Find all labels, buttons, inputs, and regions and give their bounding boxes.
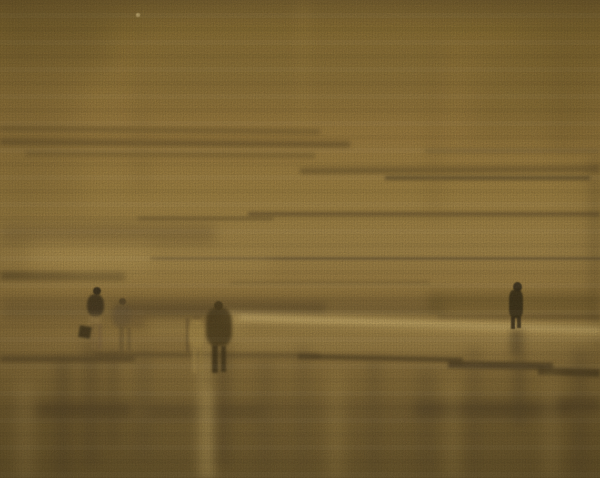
vstreak-dark-3 <box>138 348 150 458</box>
lone-figure-leg-2 <box>517 317 521 328</box>
vstreak-top-4 <box>553 0 569 150</box>
vstreak-dark-9 <box>418 368 434 478</box>
figure-b-leg-1 <box>119 326 124 353</box>
lone-figure-leg-1 <box>511 317 515 329</box>
vstreak-dark-6 <box>258 358 272 478</box>
pale-patch-left-2 <box>70 252 270 276</box>
vstreak-light-2 <box>204 390 214 478</box>
hline-right-1 <box>425 149 600 153</box>
lone-figure-reflection <box>510 330 521 354</box>
mottle-top-right <box>470 50 600 140</box>
hline-right-dark <box>385 176 590 180</box>
figure-a-bag <box>78 325 92 339</box>
hline-short <box>138 217 273 220</box>
figure-c-leg-1 <box>192 347 197 373</box>
vstreak-light-3 <box>16 378 34 478</box>
vstreak-dark-5 <box>56 358 70 478</box>
figure-c-head <box>193 312 201 320</box>
figure-d-leg-2 <box>221 346 226 372</box>
vstreak-dark-2 <box>108 348 118 448</box>
figure-c-body <box>189 320 204 348</box>
vstreak-top-3 <box>298 0 308 130</box>
figure-d-leg-1 <box>212 345 218 373</box>
figure-b-torso <box>112 305 132 327</box>
figure-b-leg-2 <box>127 327 131 352</box>
figure-a-leg-2 <box>98 324 102 349</box>
figure-b-head <box>119 298 126 305</box>
lone-figure-body <box>509 290 523 318</box>
hline-faint-281 <box>230 281 430 284</box>
figure-a-torso <box>87 294 104 317</box>
vstreak-dark-12 <box>573 348 587 478</box>
vstreak-top-1 <box>136 0 148 190</box>
left-band <box>0 224 215 244</box>
vstreak-light-5 <box>446 378 460 478</box>
hline-long-dashed <box>248 212 600 216</box>
bright-speck <box>136 13 140 17</box>
vstreak-dark-8 <box>368 358 380 478</box>
vstreak-light-4 <box>328 368 344 478</box>
vstreak-light-6 <box>543 368 559 478</box>
figure-c-leg-2 <box>199 348 203 372</box>
vstreak-dark-10 <box>468 348 480 478</box>
vstreak-top-2 <box>428 30 440 220</box>
figure-d-body <box>206 308 232 346</box>
vstreak-dark-1 <box>83 342 99 468</box>
sepia-beach-artwork <box>0 0 600 478</box>
vstreak-dark-7 <box>298 344 308 478</box>
figure-b-companion-blob <box>130 309 144 327</box>
